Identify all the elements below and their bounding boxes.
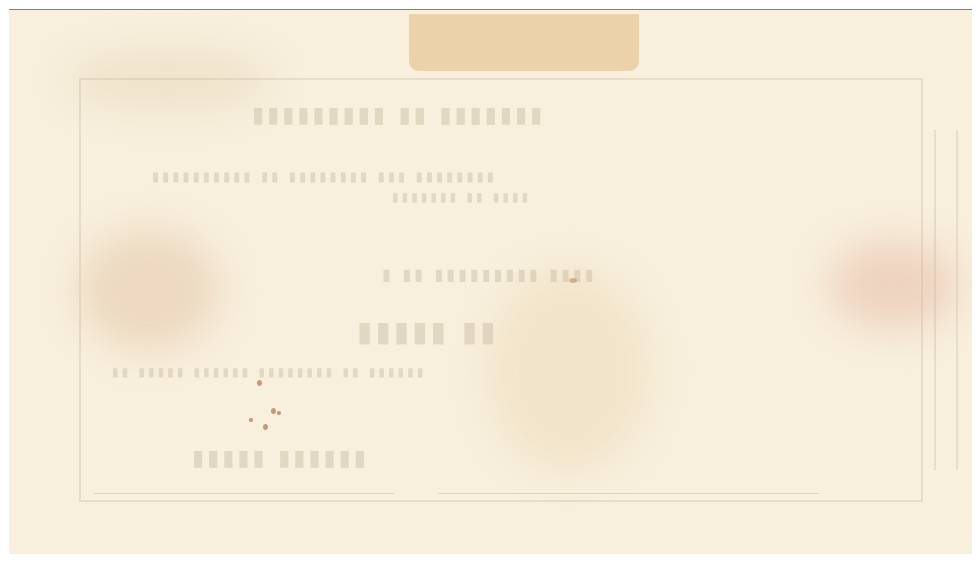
ghost-text-line: ▮▮▮▮ ▮▮▮▮▮▮▮▮▮ ▮▮ ▮ [379,265,594,284]
foxing-spot [569,278,577,283]
ghost-text-line: ▮▮ ▮▮▮▮▮ [354,315,496,348]
foxing-spot [249,418,253,422]
ghost-text-line: ▮▮▮▮▮▮ ▮▮▮▮▮ [189,445,366,471]
ghost-text-line: ▮▮▮▮▮▮▮▮ ▮▮▮ ▮▮▮▮▮▮▮▮ ▮▮ ▮▮▮▮▮▮▮▮▮▮ [149,170,494,185]
ghost-text-line: ▮▮▮▮▮▮▮ ▮▮ ▮▮▮▮▮▮▮▮▮ [249,102,542,128]
tape-residue [409,14,639,71]
printed-frame-border [79,78,923,502]
ghost-rule [94,493,394,494]
printed-side-border [934,130,958,470]
ghost-text-line: ▮▮▮▮▮▮ ▮▮ ▮▮▮▮▮▮▮▮ ▮▮▮▮▮▮ ▮▮▮▮▮ ▮▮ [109,365,423,379]
foxing-spot [277,411,281,415]
foxing-spot [271,408,276,414]
foxing-spot [263,424,268,430]
ghost-text-line: ▮▮▮▮ ▮▮ ▮▮▮▮▮▮▮ [389,190,528,204]
ghost-rule [439,493,819,494]
foxing-spot [257,380,262,386]
paper-sheet: ▮▮▮▮▮▮▮ ▮▮ ▮▮▮▮▮▮▮▮▮ ▮▮▮▮▮▮▮▮ ▮▮▮ ▮▮▮▮▮▮… [9,9,972,554]
